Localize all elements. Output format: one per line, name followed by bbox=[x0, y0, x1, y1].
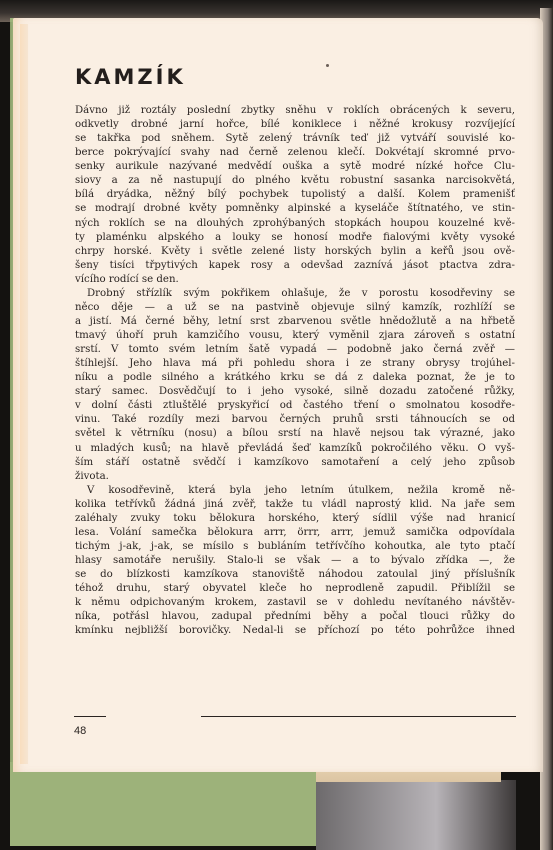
text-line: štíhlejší. Jeho hlava má při pohledu sho… bbox=[75, 357, 515, 371]
text-line: se modrají drobné květy pomněnky alpinsk… bbox=[75, 202, 515, 216]
page-number: 48 bbox=[74, 725, 86, 737]
text-line: ty plaménku alpského a louky se honosí m… bbox=[75, 231, 515, 245]
text-line: se takřka pod sněhem. Sytě zelený trávní… bbox=[75, 132, 515, 146]
paragraph-3: V kosodřevině, která byla jeho letním út… bbox=[75, 484, 515, 639]
text-line: u mladých kusů; na hlavě převládá šeď ka… bbox=[75, 442, 515, 456]
text-line: tichým j-ak, j-ak, se mísilo s bubláním … bbox=[75, 540, 515, 554]
text-line: bílá dryádka, něžný bílý pochybek tupoli… bbox=[75, 188, 515, 202]
text-line: odkvetly drobné jarní hořce, bílé konikl… bbox=[75, 118, 515, 132]
text-line: k němu odpichovaným krokem, zastavil se … bbox=[75, 596, 515, 610]
text-line: šeny tisíci třpytivých kapek rosy a odev… bbox=[75, 259, 515, 273]
text-line: hlasy samotáře nerušily. Stalo-li se vša… bbox=[75, 554, 515, 568]
text-line: Drobný střízlík svým pokřikem ohlašuje, … bbox=[75, 287, 515, 301]
text-line: kmínku nejbližší borovičky. Nedal-li se … bbox=[75, 624, 515, 638]
text-line: starý samec. Dosvědčují to i jeho vysoké… bbox=[75, 385, 515, 399]
text-line: senky aurikule nazývané medvědí ouška a … bbox=[75, 160, 515, 174]
text-line: berce pokrývající svahy nad černě zeleno… bbox=[75, 146, 515, 160]
text-line: vinu. Také rozdíly mezi barvou černých p… bbox=[75, 413, 515, 427]
footer-rule-long bbox=[201, 716, 516, 717]
body-text: Dávno již roztály poslední zbytky sněhu … bbox=[75, 104, 515, 638]
text-line: něco děje — a už se na pastvině objevuje… bbox=[75, 301, 515, 315]
page-content: KAMZÍK Dávno již roztály poslední zbytky… bbox=[75, 62, 515, 638]
text-line: siovy a za ně nastupují do plného květu … bbox=[75, 174, 515, 188]
text-line: ných roklích se na dlouhých zprohýbaných… bbox=[75, 217, 515, 231]
text-line: téhož druhu, starý obyvatel kleče ho nep… bbox=[75, 582, 515, 596]
chapter-title: KAMZÍK bbox=[75, 62, 515, 92]
text-line: světel k větrníku (nosu) a bílou srstí n… bbox=[75, 427, 515, 441]
text-line: v dolní části ztluštělé pryskyřicí od ča… bbox=[75, 399, 515, 413]
surface-background bbox=[316, 780, 516, 850]
text-line: srstí. V tomto svém letním šatě vypadá —… bbox=[75, 343, 515, 357]
paragraph-2: Drobný střízlík svým pokřikem ohlašuje, … bbox=[75, 287, 515, 484]
text-line: chrpy horské. Květy i světle zelené list… bbox=[75, 245, 515, 259]
paragraph-1: Dávno již roztály poslední zbytky sněhu … bbox=[75, 104, 515, 287]
text-line: Dávno již roztály poslední zbytky sněhu … bbox=[75, 104, 515, 118]
text-line: lesa. Volání samečka bělokura arrr, örrr… bbox=[75, 526, 515, 540]
text-line: zaléhaly zvuky toku bělokura horského, k… bbox=[75, 512, 515, 526]
text-line: níku a podle silného a krátkého krku se … bbox=[75, 371, 515, 385]
text-line: vícího rodící se den. bbox=[75, 273, 515, 287]
text-line: života. bbox=[75, 470, 515, 484]
text-line: níka, potřásl hlavou, zadupal předními b… bbox=[75, 610, 515, 624]
text-line: tmavý úhoří pruh kamzičího vousu, který … bbox=[75, 329, 515, 343]
text-line: V kosodřevině, která byla jeho letním út… bbox=[75, 484, 515, 498]
text-line: se do blízkosti kamzíkova stanoviště náh… bbox=[75, 568, 515, 582]
text-line: ším stáří ostatně svědčí i kamzíkovo sam… bbox=[75, 456, 515, 470]
text-line: kolika tetřívků žádná jiná zvěř, takže t… bbox=[75, 498, 515, 512]
text-line: a jistí. Má černé běhy, letní srst zbarv… bbox=[75, 315, 515, 329]
footer-rule-short bbox=[74, 716, 106, 717]
page-gutter-fold bbox=[20, 24, 28, 764]
